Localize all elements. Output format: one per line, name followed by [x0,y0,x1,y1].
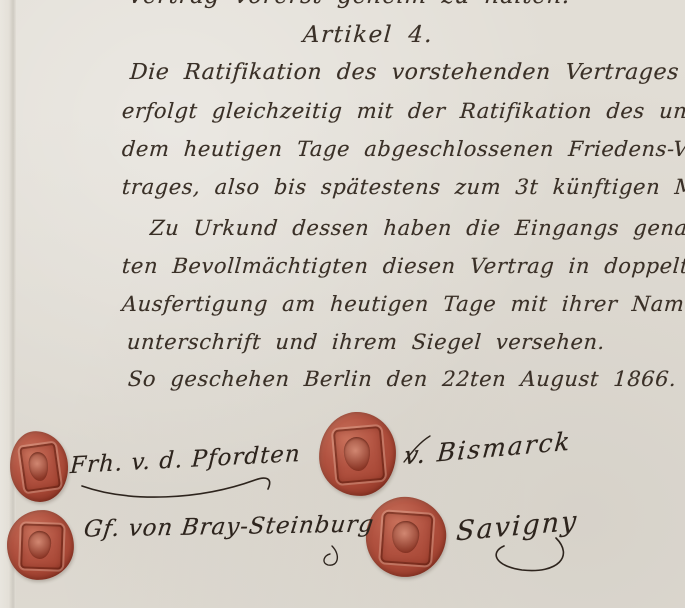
signature-bray-steinburg: Gf. von Bray-Steinburg [82,511,375,542]
signature-bismarck: v. Bismarck [403,427,573,471]
wax-seal-icon [317,410,398,498]
signature-pfordten: Frh. v. d. Pfordten [69,441,301,479]
body-line: erfolgt gleichzeitig mit der Ratifikatio… [121,99,685,123]
body-line: unterschrift und ihrem Siegel versehen. [126,330,606,354]
signature-savigny: Savigny [455,506,579,548]
body-line: Ausfertigung am heutigen Tage mit ihrer … [121,292,685,316]
handwritten-line-clipped: Vertrag vorerst geheim zu halten. [127,0,571,9]
manuscript-page: Vertrag vorerst geheim zu halten. Artike… [0,0,685,608]
body-line: ten Bevollmächtigten diesen Vertrag in d… [121,254,685,278]
article-heading: Artikel 4. [302,22,434,48]
body-line: Zu Urkund dessen haben die Eingangs gena… [149,216,685,240]
bray-flourish [324,546,337,565]
place-date-line: So geschehen Berlin den 22ten August 186… [127,367,677,391]
body-line: Die Ratifikation des vorstehenden Vertra… [129,60,680,85]
page-fold-edge [0,0,16,608]
wax-seal-icon [6,428,71,505]
wax-seal-icon [362,493,450,581]
body-line: trages, also bis spätestens zum 3t künft… [121,175,685,199]
body-line: dem heutigen Tage abgeschlossenen Friede… [121,137,685,161]
pfordten-flourish [82,478,270,497]
